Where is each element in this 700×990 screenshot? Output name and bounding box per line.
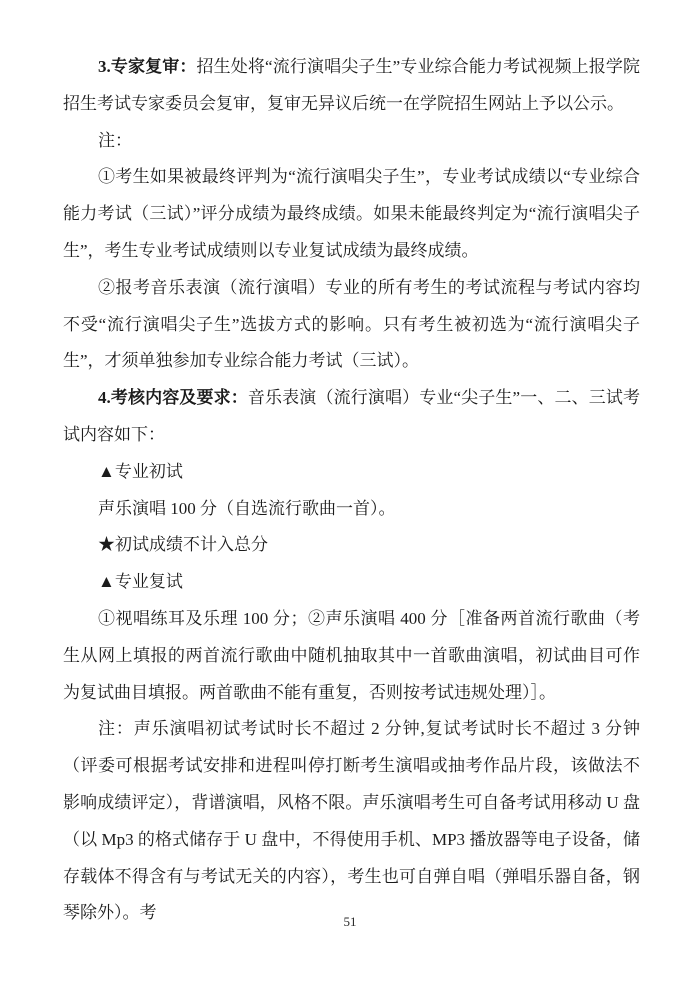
para-note-item-1-text: ①考生如果被最终评判为“流行演唱尖子生”，专业考试成绩以“专业综合能力考试（三试… — [63, 167, 640, 260]
para-second-exam-heading-text: ▲专业复试 — [98, 572, 183, 591]
para-expert-review-lead: 3.专家复审： — [98, 57, 197, 76]
para-note-item-2: ②报考音乐表演（流行演唱）专业的所有考生的考试流程与考试内容均不受“流行演唱尖子… — [63, 270, 640, 380]
para-final-note-text: 注：声乐演唱初试考试时长不超过 2 分钟,复试考试时长不超过 3 分钟（评委可根… — [63, 719, 640, 922]
para-preliminary-score-note-text: ★初试成绩不计入总分 — [98, 535, 268, 554]
page-number: 51 — [0, 914, 700, 930]
para-preliminary-exam-heading: ▲专业初试 — [63, 454, 640, 491]
para-expert-review: 3.专家复审：招生处将“流行演唱尖子生”专业综合能力考试视频上报学院招生考试专家… — [63, 49, 640, 123]
para-assessment-requirements-lead: 4.考核内容及要求： — [98, 388, 248, 407]
para-second-exam-content: ①视唱练耳及乐理 100 分；②声乐演唱 400 分［准备两首流行歌曲（考生从网… — [63, 601, 640, 711]
document-page: 3.专家复审：招生处将“流行演唱尖子生”专业综合能力考试视频上报学院招生考试专家… — [0, 0, 700, 990]
para-note-label: 注： — [63, 123, 640, 160]
para-second-exam-content-text: ①视唱练耳及乐理 100 分；②声乐演唱 400 分［准备两首流行歌曲（考生从网… — [63, 609, 640, 702]
para-preliminary-exam-content: 声乐演唱 100 分（自选流行歌曲一首）。 — [63, 491, 640, 528]
para-preliminary-score-note: ★初试成绩不计入总分 — [63, 527, 640, 564]
para-preliminary-exam-heading-text: ▲专业初试 — [98, 462, 183, 481]
para-second-exam-heading: ▲专业复试 — [63, 564, 640, 601]
para-assessment-requirements: 4.考核内容及要求：音乐表演（流行演唱）专业“尖子生”一、二、三试考试内容如下： — [63, 380, 640, 454]
document-body: 3.专家复审：招生处将“流行演唱尖子生”专业综合能力考试视频上报学院招生考试专家… — [63, 49, 640, 932]
para-preliminary-exam-content-text: 声乐演唱 100 分（自选流行歌曲一首）。 — [98, 499, 396, 518]
para-note-item-1: ①考生如果被最终评判为“流行演唱尖子生”，专业考试成绩以“专业综合能力考试（三试… — [63, 159, 640, 269]
para-note-label-text: 注： — [98, 131, 132, 150]
para-final-note: 注：声乐演唱初试考试时长不超过 2 分钟,复试考试时长不超过 3 分钟（评委可根… — [63, 711, 640, 932]
para-note-item-2-text: ②报考音乐表演（流行演唱）专业的所有考生的考试流程与考试内容均不受“流行演唱尖子… — [63, 278, 640, 371]
